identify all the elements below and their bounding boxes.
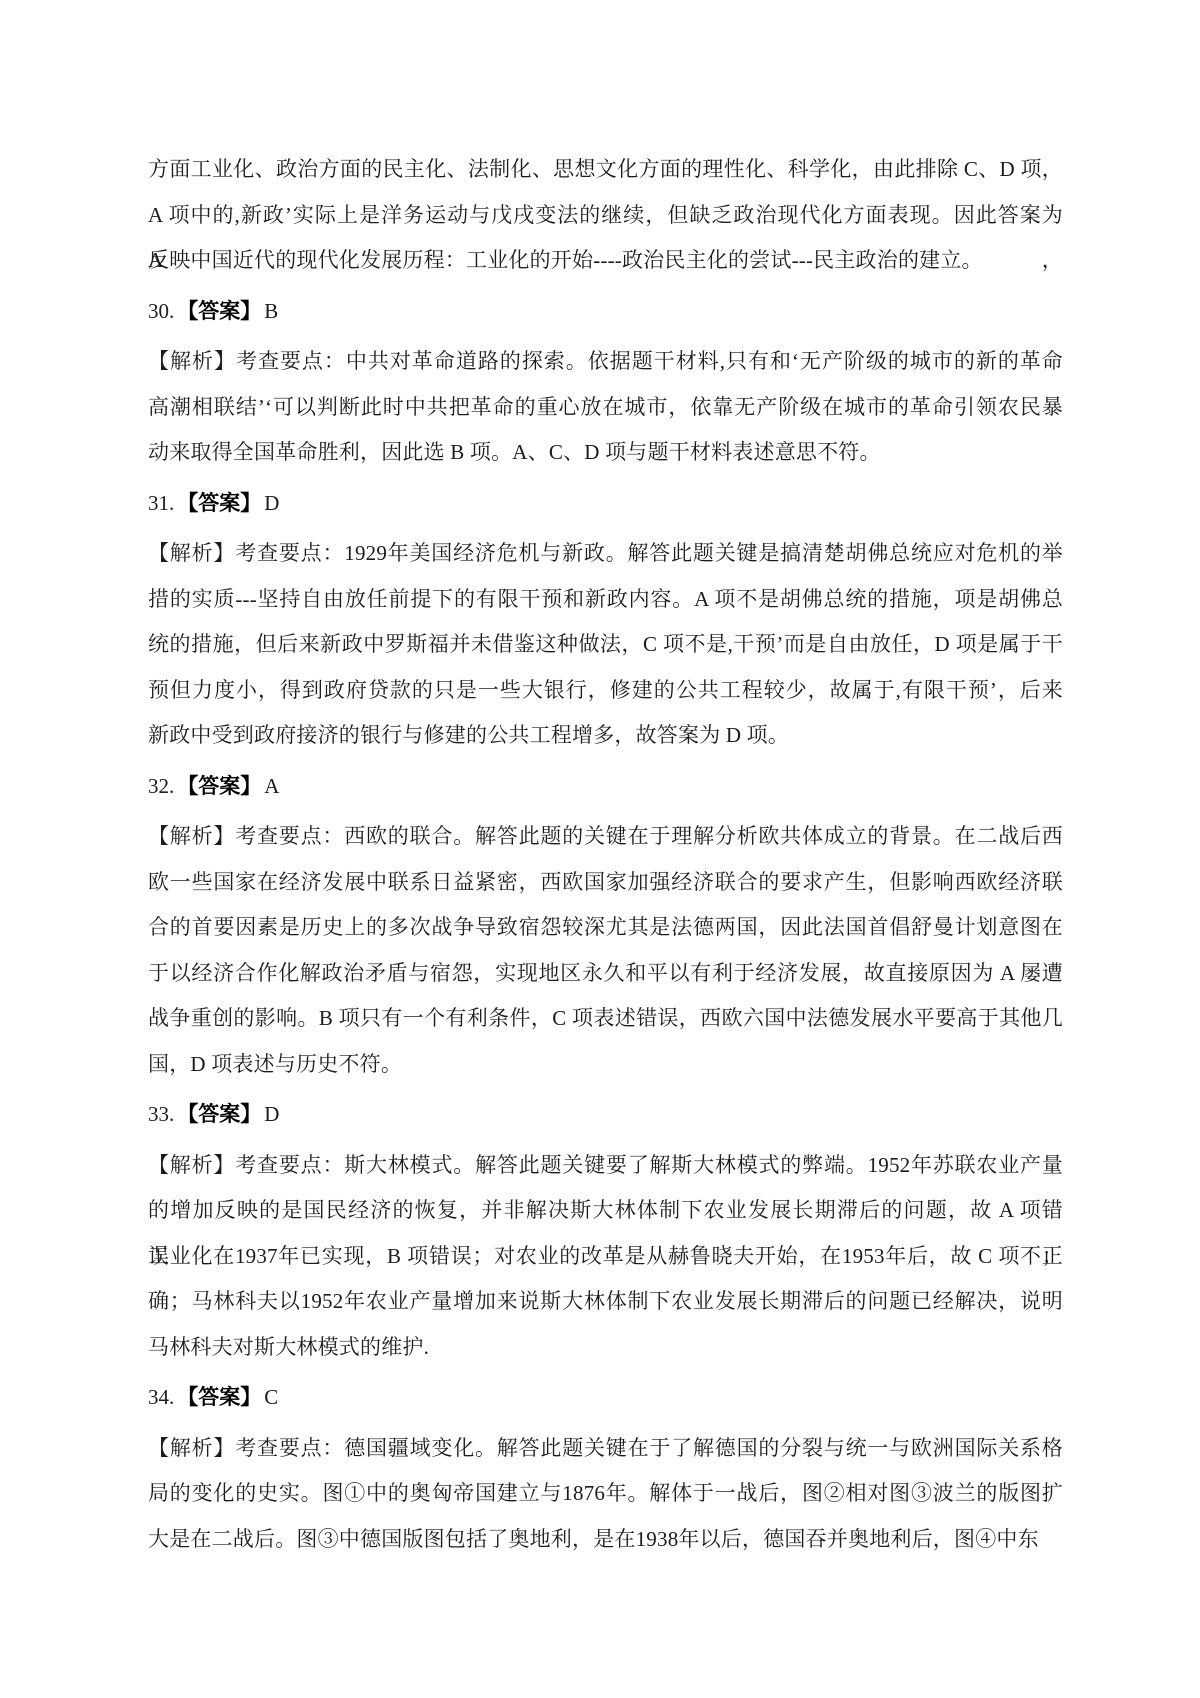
paragraph-line: 新政中受到政府接济的银行与修建的公共工程增多，故答案为 D 项。 xyxy=(148,713,1063,759)
question-number: 32. xyxy=(148,774,174,798)
paragraph-line: 工业化在1937年已实现，B 项错误；对农业的改革是从赫鲁晓夫开始，在1953年… xyxy=(148,1234,1063,1280)
paragraph-line: 【解析】考查要点：德国疆域变化。解答此题关键在于了解德国的分裂与统一与欧洲国际关… xyxy=(148,1426,1063,1472)
document-page: 方面工业化、政治方面的民主化、法制化、思想文化方面的理性化、科学化，由此排除 C… xyxy=(0,0,1200,1698)
question-33-explanation: 【解析】考查要点：斯大林模式。解答此题关键要了解斯大林模式的弊端。1952年苏联… xyxy=(148,1143,1063,1371)
paragraph-line: 国，D 项表述与历史不符。 xyxy=(148,1042,1063,1088)
paragraph-line: 欧一些国家在经济发展中联系日益紧密，西欧国家加强经济联合的要求产生，但影响西欧经… xyxy=(148,860,1063,906)
paragraph-line: 马林科夫对斯大林模式的维护. xyxy=(148,1325,1063,1371)
question-number: 31. xyxy=(148,491,174,515)
answer-letter: D xyxy=(264,1102,279,1126)
paragraph-line: 统的措施，但后来新政中罗斯福并未借鉴这种做法，C 项不是,干预’而是自由放任，D… xyxy=(148,622,1063,668)
paragraph-line: 大是在二战后。图③中德国版图包括了奥地利，是在1938年以后，德国吞并奥地利后，… xyxy=(148,1517,1063,1563)
paragraph-line: 方面工业化、政治方面的民主化、法制化、思想文化方面的理性化、科学化，由此排除 C… xyxy=(148,147,1063,193)
paragraph-line: 高潮相联结’‘可以判断此时中共把革命的重心放在城市，依靠无产阶级在城市的革命引领… xyxy=(148,385,1063,431)
question-number: 34. xyxy=(148,1385,174,1409)
question-34-explanation: 【解析】考查要点：德国疆域变化。解答此题关键在于了解德国的分裂与统一与欧洲国际关… xyxy=(148,1426,1063,1563)
paragraph-line: 战争重创的影响。B 项只有一个有利条件，C 项表述错误，西欧六国中法德发展水平要… xyxy=(148,996,1063,1042)
paragraph-line: 反映中国近代的现代化发展历程：工业化的开始----政治民主化的尝试---民主政治… xyxy=(148,238,1063,284)
answer-label: 【答案】 xyxy=(177,491,261,515)
paragraph-line: 动来取得全国革命胜利，因此选 B 项。A、C、D 项与题干材料表述意思不符。 xyxy=(148,430,1063,476)
answer-label: 【答案】 xyxy=(177,774,261,798)
answer-label: 【答案】 xyxy=(177,1102,261,1126)
paragraph-line: 措的实质---坚持自由放任前提下的有限干预和新政内容。A 项不是胡佛总统的措施，… xyxy=(148,577,1063,623)
question-29-explanation-continuation: 方面工业化、政治方面的民主化、法制化、思想文化方面的理性化、科学化，由此排除 C… xyxy=(148,147,1063,284)
paragraph-line: 的增加反映的是国民经济的恢复，并非解决斯大林体制下农业发展长期滞后的问题，故 A… xyxy=(148,1188,1063,1234)
paragraph-line: 于以经济合作化解政治矛盾与宿怨，实现地区永久和平以有利于经济发展，故直接原因为 … xyxy=(148,951,1063,997)
paragraph-line: 合的首要因素是历史上的多次战争导致宿怨较深尤其是法德两国，因此法国首倡舒曼计划意… xyxy=(148,905,1063,951)
question-number: 33. xyxy=(148,1102,174,1126)
paragraph-line: 局的变化的史实。图①中的奥匈帝国建立与1876年。解体于一战后，图②相对图③波兰… xyxy=(148,1471,1063,1517)
paragraph-line: 确；马林科夫以1952年农业产量增加来说斯大林体制下农业发展长期滞后的问题已经解… xyxy=(148,1279,1063,1325)
answer-label: 【答案】 xyxy=(177,1385,261,1409)
question-31-answer: 31.【答案】D xyxy=(148,481,1063,527)
answer-label: 【答案】 xyxy=(177,299,261,323)
answer-letter: C xyxy=(264,1385,278,1409)
paragraph-line: 预但力度小，得到政府贷款的只是一些大银行，修建的公共工程较少，故属于,有限干预’… xyxy=(148,668,1063,714)
question-32-answer: 32.【答案】A xyxy=(148,764,1063,810)
question-34-answer: 34.【答案】C xyxy=(148,1375,1063,1421)
paragraph-line: 【解析】考查要点：中共对革命道路的探索。依据题干材料,只有和‘无产阶级的城市的新… xyxy=(148,339,1063,385)
paragraph-line: 【解析】考查要点：西欧的联合。解答此题的关键在于理解分析欧共体成立的背景。在二战… xyxy=(148,814,1063,860)
answer-letter: A xyxy=(264,774,279,798)
answer-letter: B xyxy=(264,299,278,323)
paragraph-line: A 项中的,新政’实际上是洋务运动与戊戌变法的继续，但缺乏政治现代化方面表现。因… xyxy=(148,193,1063,239)
answer-letter: D xyxy=(264,491,279,515)
paragraph-line: 【解析】考查要点：1929年美国经济危机与新政。解答此题关键是搞清楚胡佛总统应对… xyxy=(148,531,1063,577)
question-31-explanation: 【解析】考查要点：1929年美国经济危机与新政。解答此题关键是搞清楚胡佛总统应对… xyxy=(148,531,1063,759)
question-30-answer: 30.【答案】B xyxy=(148,289,1063,335)
question-30-explanation: 【解析】考查要点：中共对革命道路的探索。依据题干材料,只有和‘无产阶级的城市的新… xyxy=(148,339,1063,476)
question-32-explanation: 【解析】考查要点：西欧的联合。解答此题的关键在于理解分析欧共体成立的背景。在二战… xyxy=(148,814,1063,1087)
paragraph-line: 【解析】考查要点：斯大林模式。解答此题关键要了解斯大林模式的弊端。1952年苏联… xyxy=(148,1143,1063,1189)
question-33-answer: 33.【答案】D xyxy=(148,1092,1063,1138)
question-number: 30. xyxy=(148,299,174,323)
